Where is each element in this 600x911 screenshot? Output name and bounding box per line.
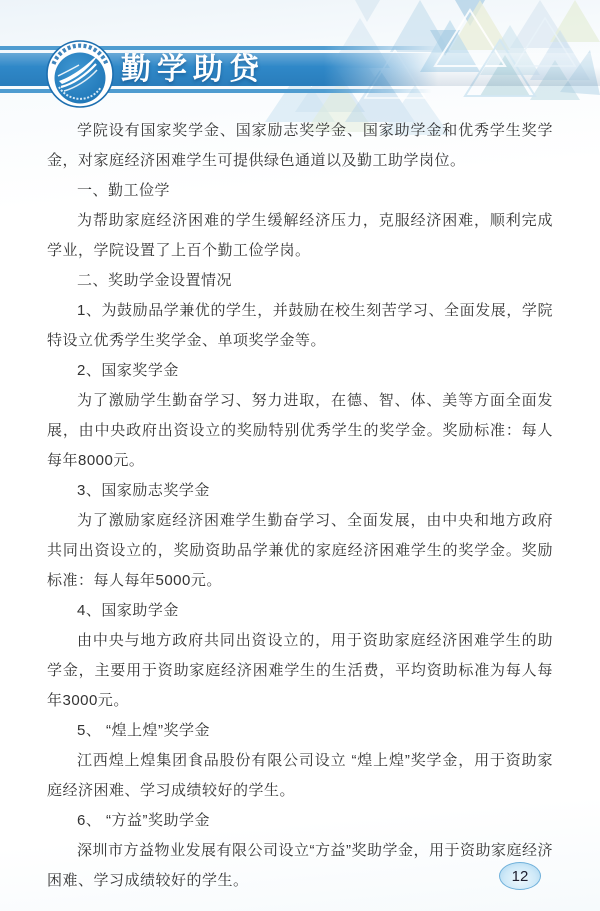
section-heading: 6、 “方益”奖助学金: [47, 806, 553, 836]
body-paragraph: 江西煌上煌集团食品股份有限公司设立 “煌上煌”奖学金，用于资助家庭经济困难、学习…: [47, 746, 553, 806]
body-paragraph: 为了激励家庭经济困难学生勤奋学习、全面发展，由中央和地方政府共同出资设立的，奖励…: [47, 506, 553, 596]
body-paragraph: 为了激励学生勤奋学习、努力进取，在德、智、体、美等方面全面发展，由中央政府出资设…: [47, 386, 553, 476]
section-heading: 二、奖助学金设置情况: [47, 266, 553, 296]
page-number-badge: 12: [499, 862, 541, 890]
section-heading: 5、 “煌上煌”奖学金: [47, 716, 553, 746]
section-heading: 2、国家奖学金: [47, 356, 553, 386]
body-paragraph: 由中央与地方政府共同出资设立的，用于资助家庭经济困难学生的助学金，主要用于资助家…: [47, 626, 553, 716]
body-paragraph: 1、为鼓励品学兼优的学生，并鼓励在校生刻苦学习、全面发展，学院特设立优秀学生奖学…: [47, 296, 553, 356]
body-paragraph: 深圳市方益物业发展有限公司设立“方益”奖助学金，用于资助家庭经济困难、学习成绩较…: [47, 836, 553, 896]
section-heading: 4、国家助学金: [47, 596, 553, 626]
content-area: 学院设有国家奖学金、国家励志奖学金、国家助学金和优秀学生奖学金，对家庭经济困难学…: [47, 116, 553, 896]
page-title: 勤学助贷: [121, 52, 265, 88]
school-logo-icon: [46, 40, 114, 108]
body-paragraph: 学院设有国家奖学金、国家励志奖学金、国家助学金和优秀学生奖学金，对家庭经济困难学…: [47, 116, 553, 176]
section-heading: 一、勤工俭学: [47, 176, 553, 206]
section-heading: 3、国家励志奖学金: [47, 476, 553, 506]
body-paragraph: 为帮助家庭经济困难的学生缓解经济压力，克服经济困难，顺利完成学业，学院设置了上百…: [47, 206, 553, 266]
